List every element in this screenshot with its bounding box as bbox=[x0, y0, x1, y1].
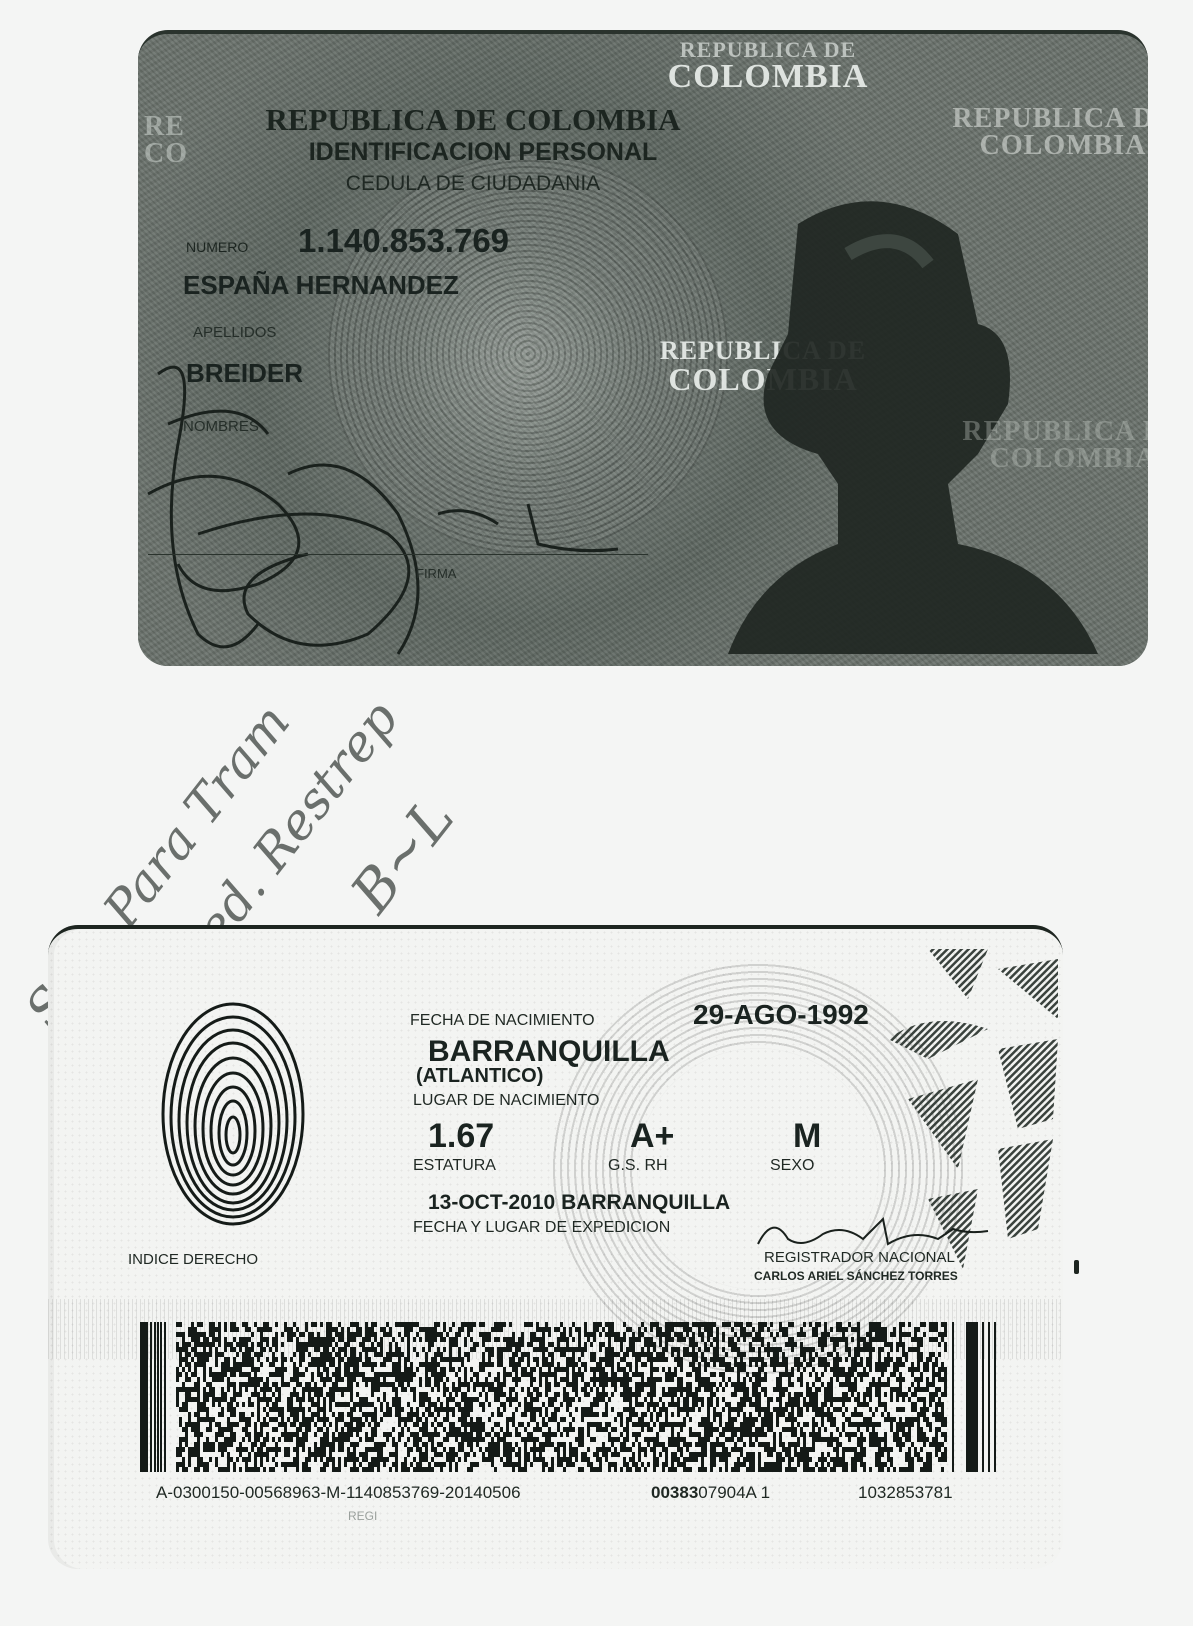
signature-line bbox=[148, 554, 648, 555]
height-value: 1.67 bbox=[428, 1117, 494, 1156]
birth-date-label: FECHA DE NACIMIENTO bbox=[410, 1012, 595, 1030]
reference-number: 1032853781 bbox=[858, 1483, 953, 1503]
watermark-line: COLOMBIA bbox=[938, 446, 1148, 473]
birth-city: BARRANQUILLA bbox=[428, 1035, 670, 1069]
watermark-line: REPUBLICA DE bbox=[618, 40, 918, 61]
birth-date: 29-AGO-1992 bbox=[693, 999, 869, 1031]
blood-type-label: G.S. RH bbox=[608, 1157, 668, 1175]
birth-place-label: LUGAR DE NACIMIENTO bbox=[413, 1092, 599, 1110]
sex-value: M bbox=[793, 1117, 821, 1156]
surnames: ESPAÑA HERNANDEZ bbox=[183, 270, 459, 301]
id-number: 1.140.853.769 bbox=[298, 222, 509, 260]
watermark-line: REPUBLICA DE bbox=[918, 106, 1148, 133]
serial-code: 0038307904A 1 bbox=[651, 1483, 770, 1503]
scan-speck bbox=[1074, 1260, 1079, 1274]
note-initials: B~L bbox=[339, 786, 467, 925]
faint-footer-text: REGI bbox=[348, 1509, 377, 1523]
height-label: ESTATURA bbox=[413, 1157, 496, 1175]
registrar-name: CARLOS ARIEL SÁNCHEZ TORRES bbox=[754, 1269, 958, 1283]
serial-code-bold: 00383 bbox=[651, 1483, 698, 1502]
signature-label: FIRMA bbox=[416, 566, 456, 581]
watermark-line: COLOMBIA bbox=[918, 133, 1148, 160]
id-card-back: FECHA DE NACIMIENTO 29-AGO-1992 BARRANQU… bbox=[48, 925, 1063, 1569]
card-title: REPUBLICA DE COLOMBIA bbox=[233, 102, 713, 138]
card-subtitle: IDENTIFICACION PERSONAL bbox=[233, 138, 733, 167]
watermark-line: COLOMBIA bbox=[618, 61, 918, 93]
fingerprint-image bbox=[158, 999, 308, 1229]
issue-label: FECHA Y LUGAR DE EXPEDICION bbox=[413, 1219, 670, 1237]
holder-signature bbox=[138, 334, 658, 664]
watermark-top: REPUBLICA DE COLOMBIA bbox=[618, 40, 918, 93]
fingerprint-label: INDICE DERECHO bbox=[128, 1251, 258, 1268]
registrar-signature bbox=[753, 1209, 993, 1254]
number-label: NUMERO bbox=[186, 239, 248, 255]
birth-department: (ATLANTICO) bbox=[416, 1065, 543, 1088]
issue-date-place: 13-OCT-2010 BARRANQUILLA bbox=[428, 1191, 730, 1215]
document-type: CEDULA DE CIUDADANIA bbox=[233, 172, 713, 196]
watermark-line: REPUBLICA DE bbox=[938, 419, 1148, 446]
pdf417-barcode bbox=[140, 1322, 1008, 1472]
registrar-label: REGISTRADOR NACIONAL bbox=[764, 1249, 955, 1266]
serial-code-rest: 07904A 1 bbox=[698, 1483, 770, 1502]
sex-label: SEXO bbox=[770, 1157, 814, 1175]
document-code: A-0300150-00568963-M-1140853769-20140506 bbox=[156, 1483, 521, 1503]
id-card-front: REPUBLICA DE COLOMBIA REPUBLICA DE COLOM… bbox=[138, 30, 1148, 666]
watermark-photo: REPUBLICA DE COLOMBIA bbox=[938, 419, 1148, 472]
watermark-right: REPUBLICA DE COLOMBIA bbox=[918, 106, 1148, 159]
blood-type-value: A+ bbox=[630, 1117, 674, 1156]
